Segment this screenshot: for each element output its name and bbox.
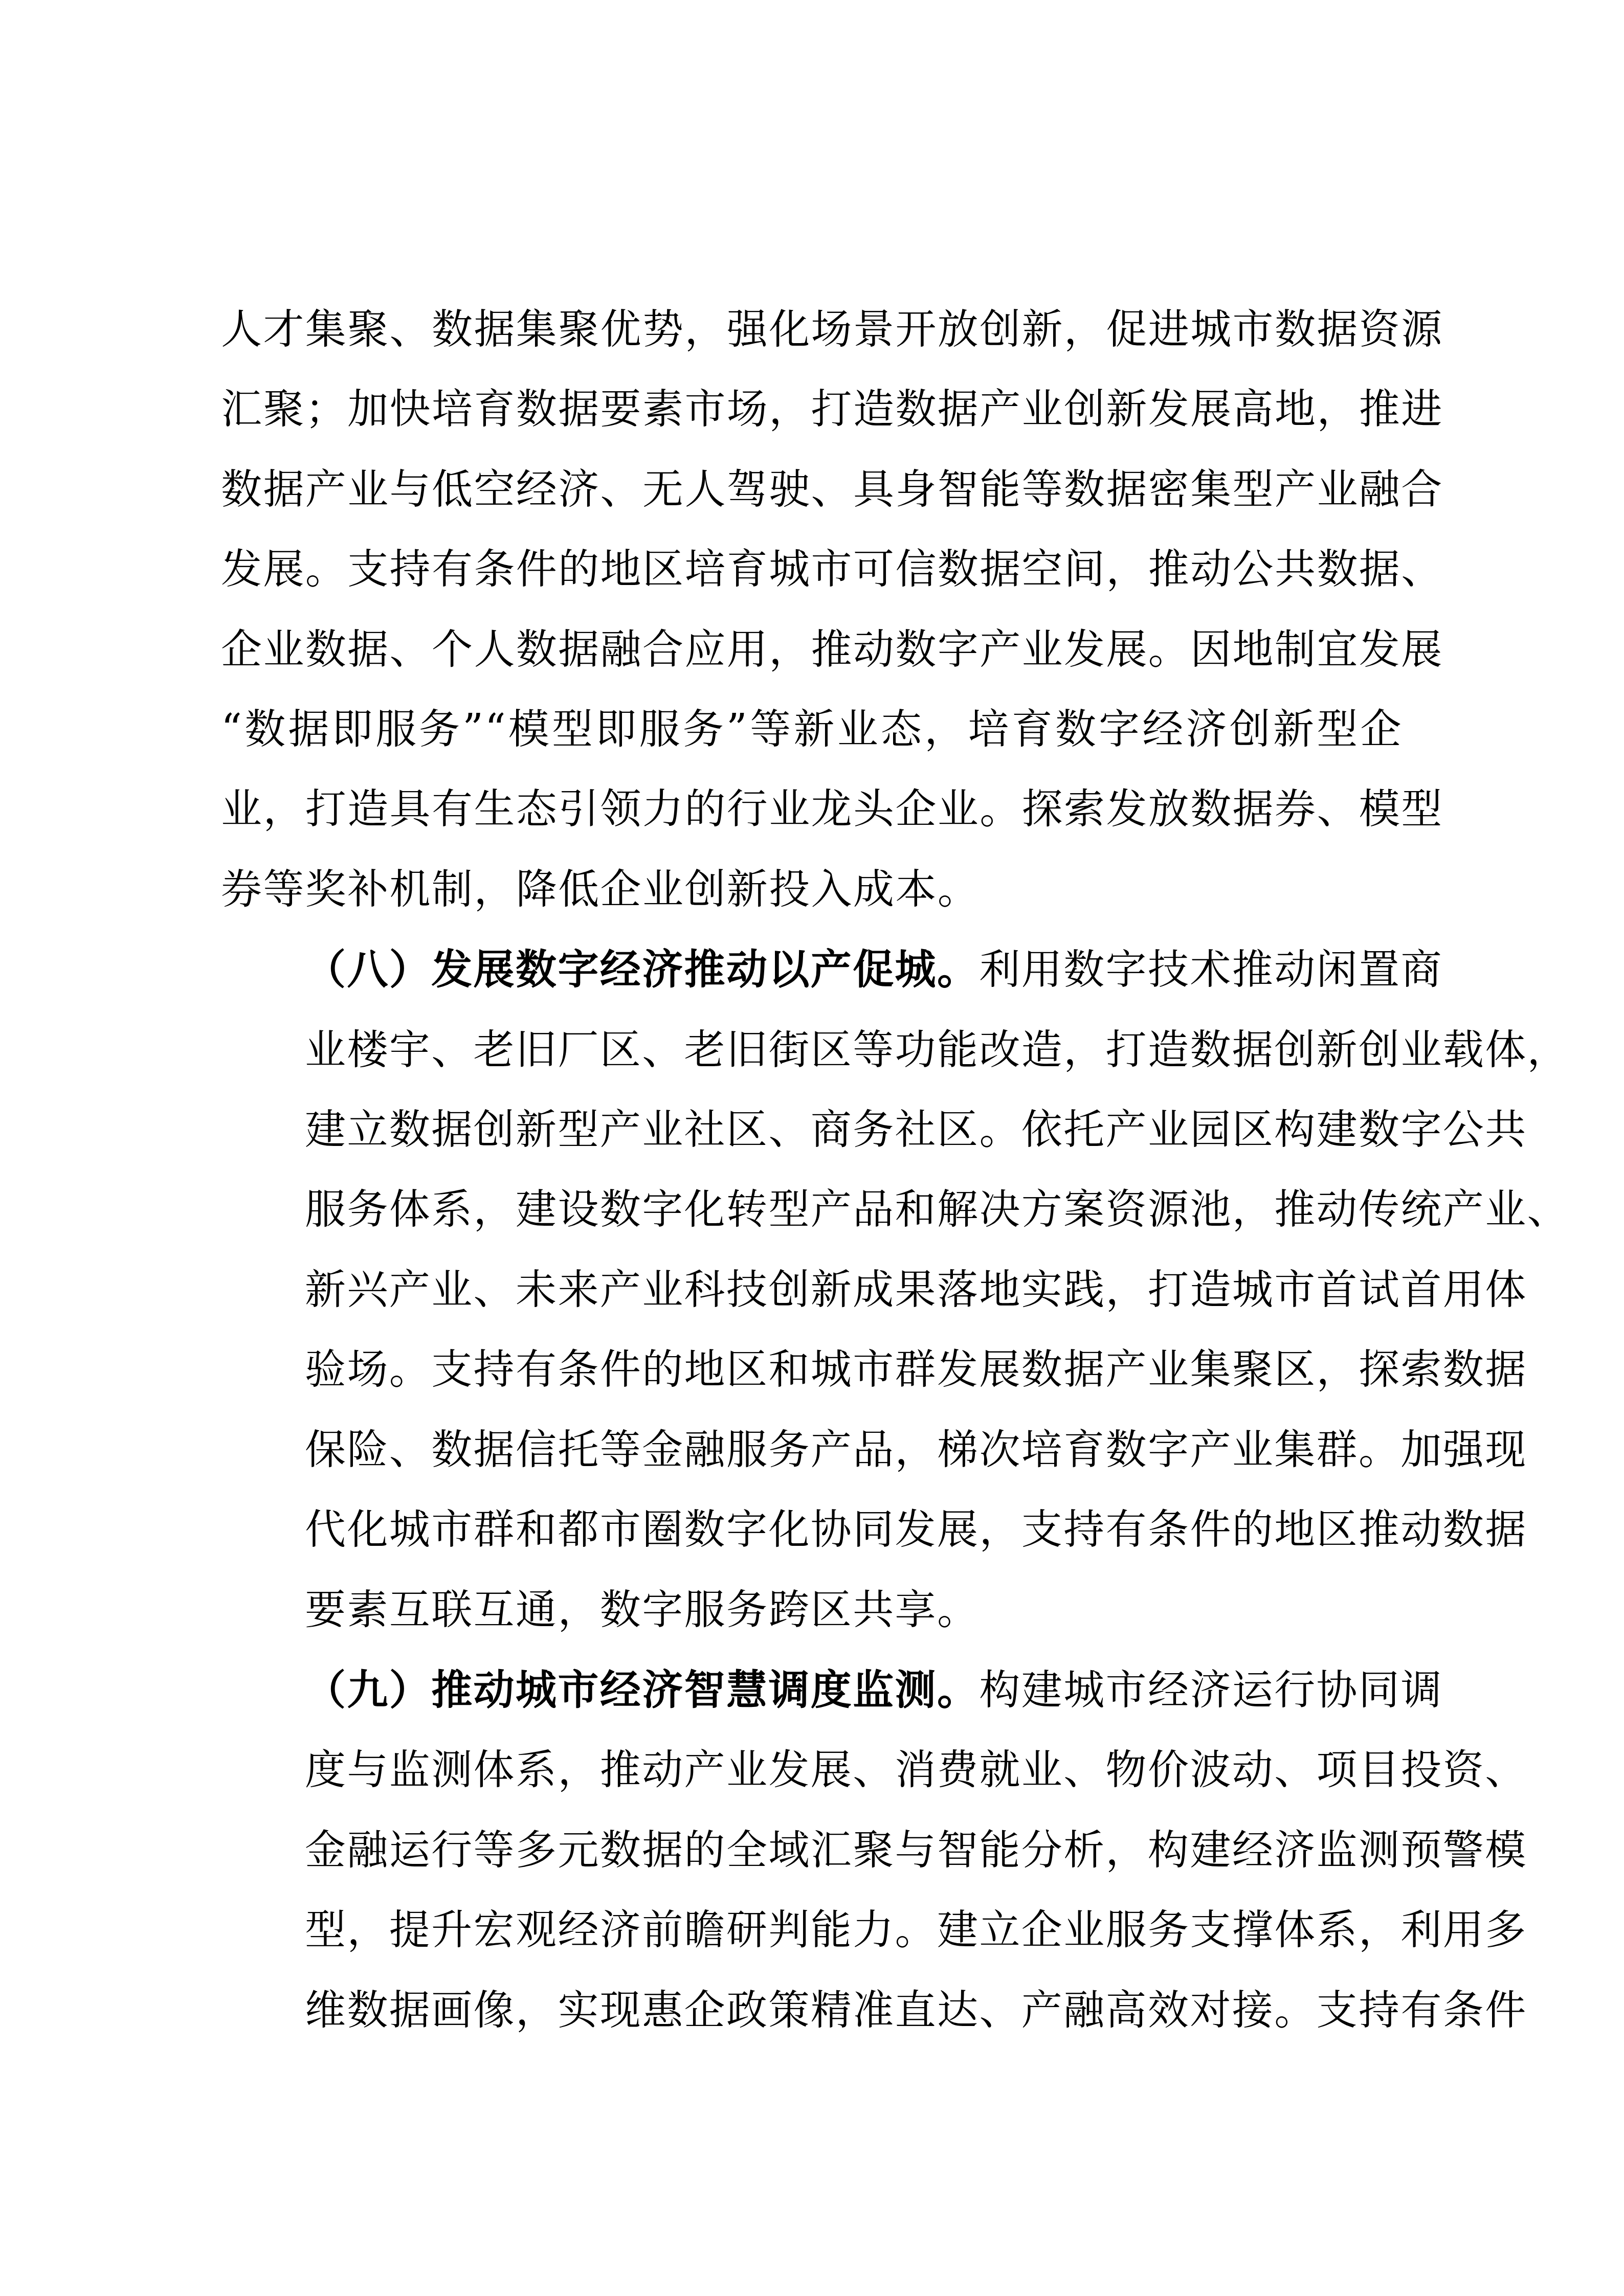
text-line: 券等奖补机制，降低企业创新投入成本。 (221, 849, 1403, 929)
document-page: 人才集聚、数据集聚优势，强化场景开放创新，促进城市数据资源 汇聚；加快培育数据要… (0, 0, 1624, 2296)
text-line: 金融运行等多元数据的全域汇聚与智能分析，构建经济监测预警模 (221, 1810, 1403, 1890)
text-line: 数据产业与低空经济、无人驾驶、具身智能等数据密集型产业融合 (221, 449, 1403, 529)
text-line: 要素互联互通，数字服务跨区共享。 (221, 1570, 1403, 1650)
text-line: 汇聚；加快培育数据要素市场，打造数据产业创新发展高地，推进 (221, 369, 1403, 449)
text-line: 代化城市群和都市圈数字化协同发展，支持有条件的地区推动数据 (221, 1490, 1403, 1569)
text-line: 业楼宇、老旧厂区、老旧街区等功能改造，打造数据创新创业载体， (221, 1010, 1403, 1090)
section-9-lead-text: 构建城市经济运行协同调 (979, 1666, 1442, 1714)
text-line: 建立数据创新型产业社区、商务社区。依托产业园区构建数字公共 (221, 1090, 1403, 1169)
text-line: 发展。支持有条件的地区培育城市可信数据空间，推动公共数据、 (221, 529, 1403, 609)
text-line-first: （八）发展数字经济推动以产促城。利用数字技术推动闲置商 (221, 929, 1403, 1009)
text-line: 验场。支持有条件的地区和城市群发展数据产业集聚区，探索数据 (221, 1330, 1403, 1409)
paragraph-section-9: （九）推动城市经济智慧调度监测。构建城市经济运行协同调 度与监测体系，推动产业发… (221, 1650, 1403, 2050)
text-line: 企业数据、个人数据融合应用，推动数字产业发展。因地制宜发展 (221, 610, 1403, 689)
text-line: 人才集聚、数据集聚优势，强化场景开放创新，促进城市数据资源 (221, 289, 1403, 369)
text-line: 维数据画像，实现惠企政策精准直达、产融高效对接。支持有条件 (221, 1970, 1403, 2050)
section-heading-8: （八）发展数字经济推动以产促城。 (305, 945, 979, 993)
paragraph-continuation: 人才集聚、数据集聚优势，强化场景开放创新，促进城市数据资源 汇聚；加快培育数据要… (221, 289, 1403, 929)
text-line: “数据即服务”“模型即服务”等新业态，培育数字经济创新型企 (221, 689, 1403, 769)
text-line: 新兴产业、未来产业科技创新成果落地实践，打造城市首试首用体 (221, 1250, 1403, 1330)
paragraph-section-8: （八）发展数字经济推动以产促城。利用数字技术推动闲置商 业楼宇、老旧厂区、老旧街… (221, 929, 1403, 1650)
document-body: 人才集聚、数据集聚优势，强化场景开放创新，促进城市数据资源 汇聚；加快培育数据要… (221, 289, 1403, 2050)
text-line-first: （九）推动城市经济智慧调度监测。构建城市经济运行协同调 (221, 1650, 1403, 1730)
text-line: 服务体系，建设数字化转型产品和解决方案资源池，推动传统产业、 (221, 1169, 1403, 1249)
text-line: 保险、数据信托等金融服务产品，梯次培育数字产业集群。加强现 (221, 1410, 1403, 1490)
text-line: 业，打造具有生态引领力的行业龙头企业。探索发放数据券、模型 (221, 769, 1403, 849)
section-heading-9: （九）推动城市经济智慧调度监测。 (305, 1665, 979, 1714)
text-line: 度与监测体系，推动产业发展、消费就业、物价波动、项目投资、 (221, 1730, 1403, 1810)
text-line: 型，提升宏观经济前瞻研判能力。建立企业服务支撑体系，利用多 (221, 1890, 1403, 1970)
section-8-lead-text: 利用数字技术推动闲置商 (979, 946, 1442, 993)
